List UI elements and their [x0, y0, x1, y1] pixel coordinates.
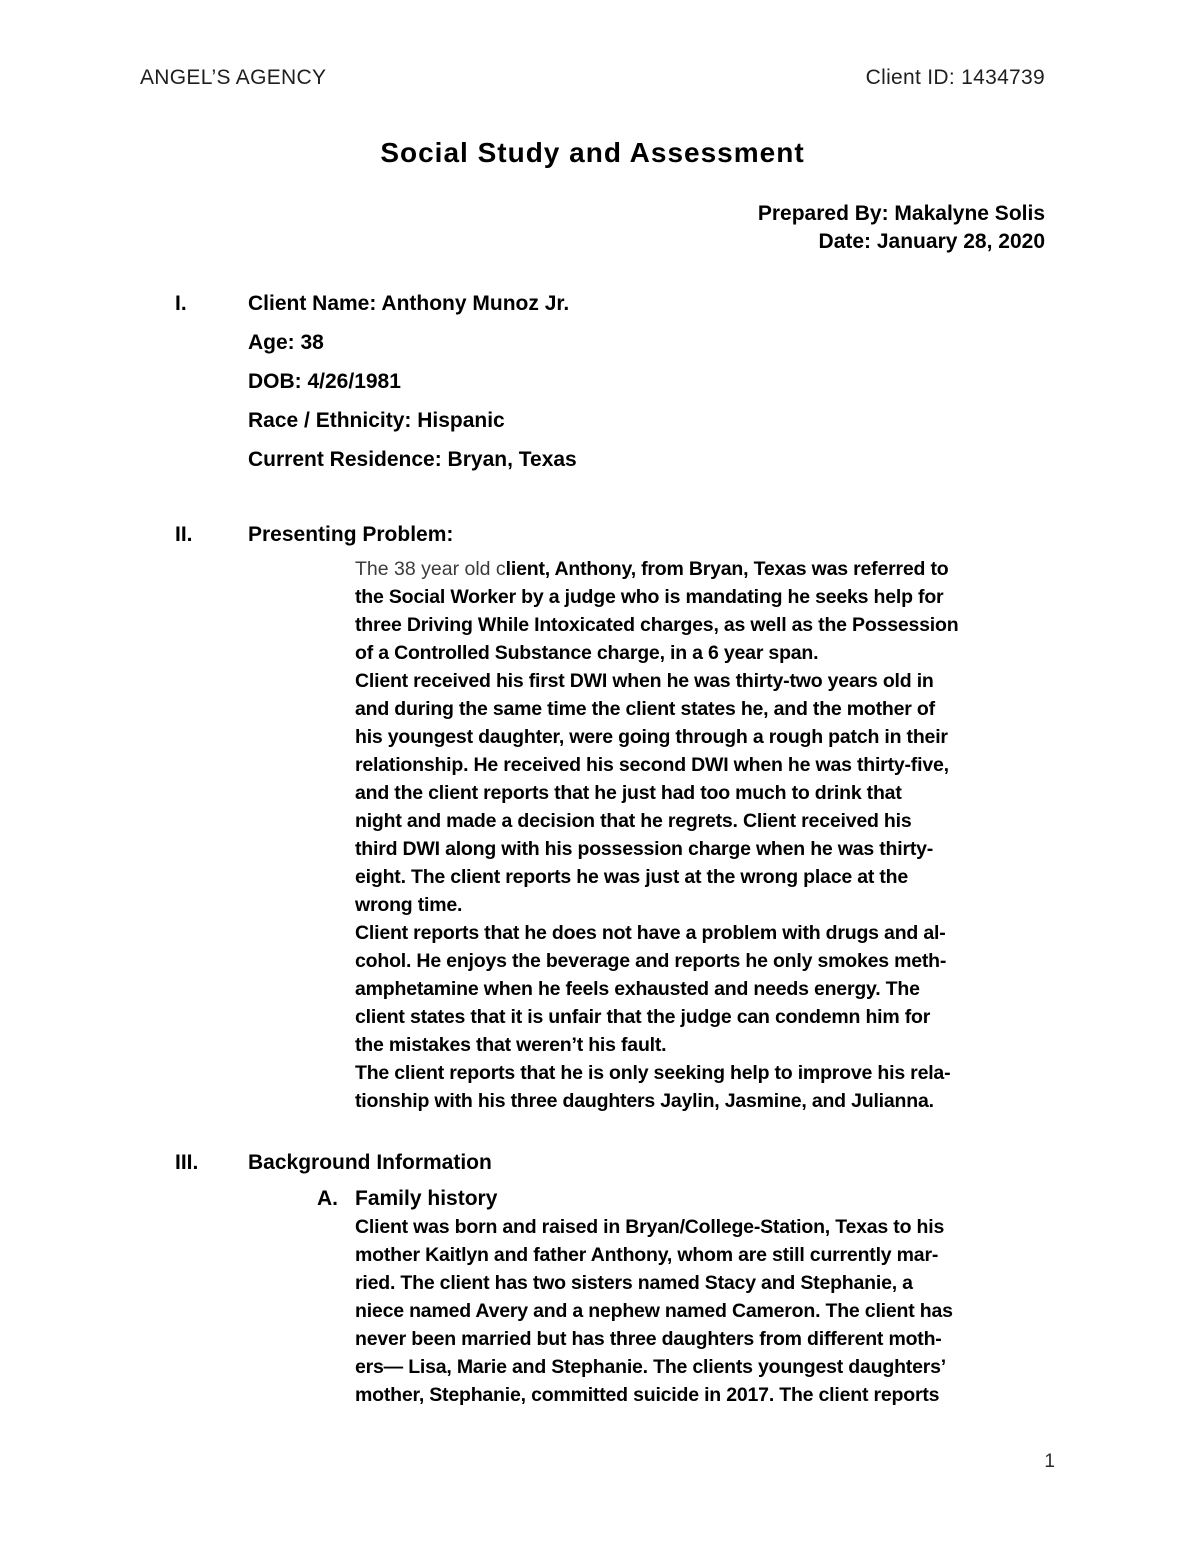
paragraph-body-text: lient, Anthony, from Bryan, Texas was re… [355, 558, 958, 1112]
prepared-by: Prepared By: Makalyne Solis [140, 200, 1045, 228]
client-info-lines: Client Name: Anthony Munoz Jr. Age: 38 D… [248, 284, 1045, 479]
section-client-info: I. Client Name: Anthony Munoz Jr. Age: 3… [140, 284, 1045, 479]
page-header: ANGEL’S AGENCY Client ID: 1434739 [140, 64, 1045, 92]
family-history-subheading: A. Family history [248, 1185, 1045, 1213]
section2-numeral: II. [175, 521, 193, 549]
prepared-block: Prepared By: Makalyne Solis Date: Januar… [140, 200, 1045, 256]
prepared-date: Date: January 28, 2020 [140, 228, 1045, 256]
page-number: 1 [1044, 1450, 1055, 1474]
presenting-problem-paragraph: The 38 year old client, Anthony, from Br… [248, 555, 1045, 1115]
page-content: ANGEL’S AGENCY Client ID: 1434739 Social… [0, 0, 1200, 1409]
section1-numeral: I. [175, 284, 187, 323]
presenting-problem-heading: Presenting Problem: [248, 521, 1045, 549]
document-page: ANGEL’S AGENCY Client ID: 1434739 Social… [0, 0, 1200, 1553]
family-history-paragraph: Client was born and raised in Bryan/Coll… [248, 1213, 1045, 1409]
section-presenting-problem: II. Presenting Problem: The 38 year old … [140, 521, 1045, 1115]
client-id: Client ID: 1434739 [866, 64, 1045, 92]
section3-numeral: III. [175, 1149, 198, 1177]
agency-name: ANGEL’S AGENCY [140, 64, 326, 92]
document-title: Social Study and Assessment [140, 136, 1045, 170]
section-background-information: III. Background Information A. Family hi… [140, 1149, 1045, 1409]
subsection-label: A. [317, 1185, 338, 1213]
background-information-heading: Background Information [248, 1149, 1045, 1177]
paragraph-lead-text: The 38 year old c [355, 558, 506, 580]
subsection-title: Family history [355, 1187, 497, 1210]
